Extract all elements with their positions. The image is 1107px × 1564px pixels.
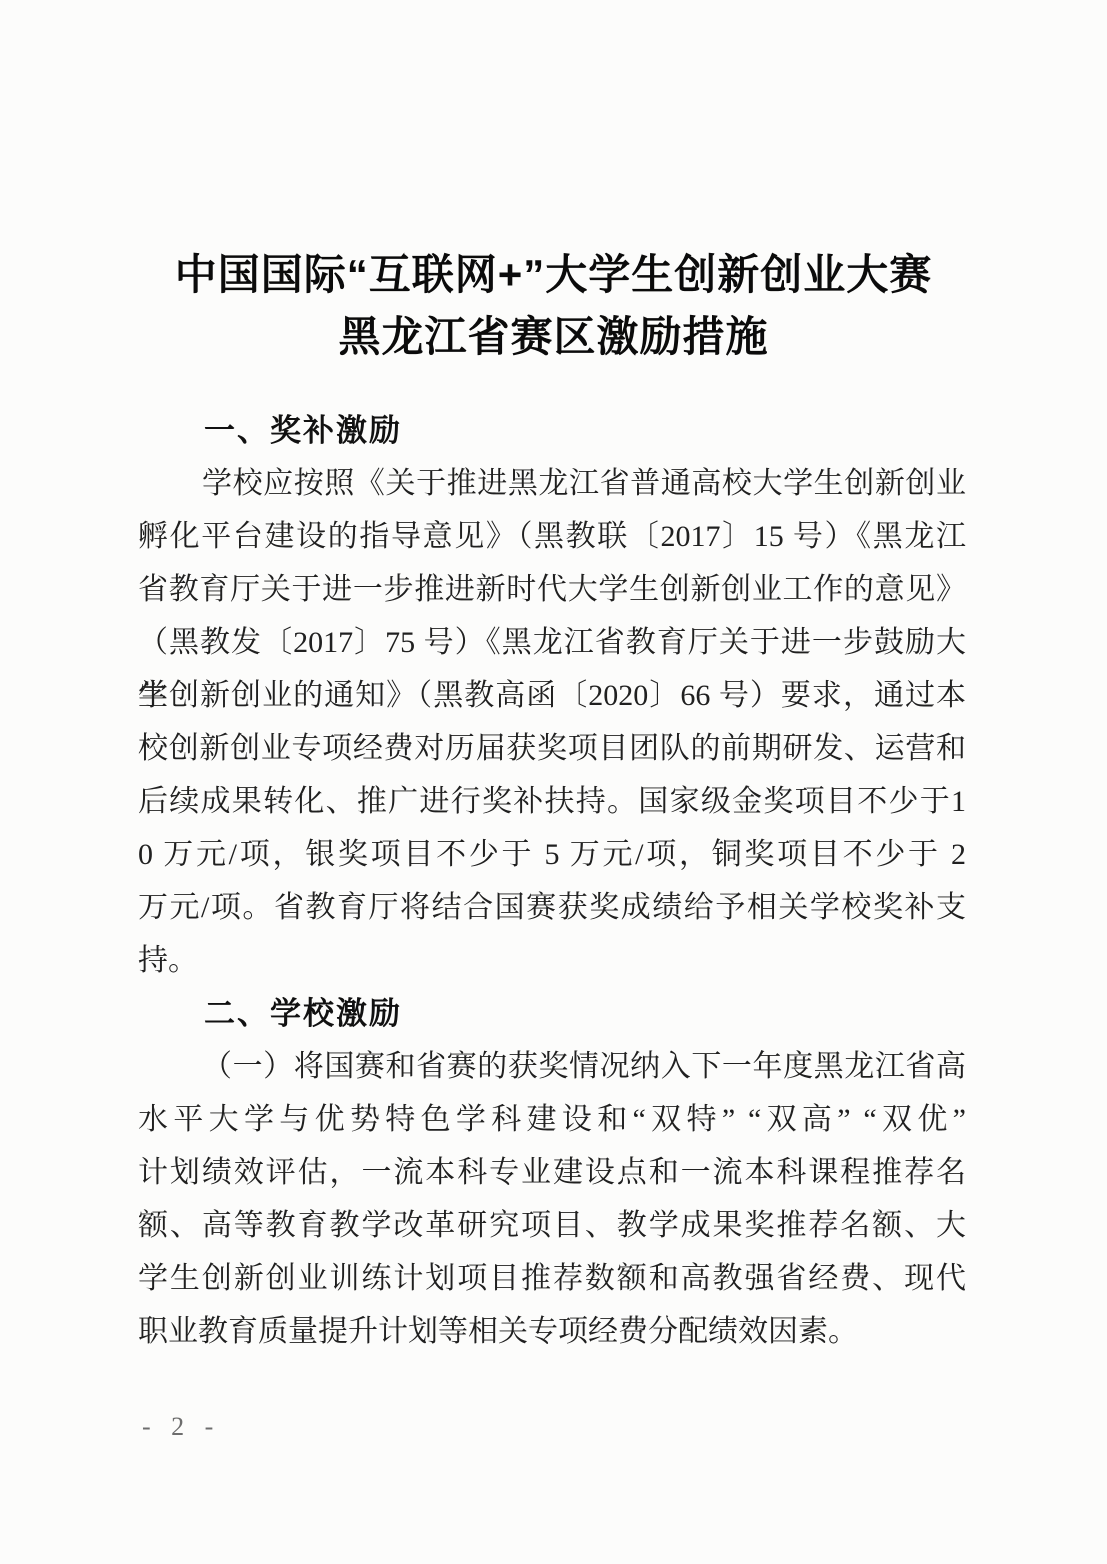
- paragraph-line: 孵化平台建设的指导意见》（黑教联〔2017〕15 号）《黑龙江: [138, 510, 966, 563]
- document-page: 中国国际“互联网+”大学生创新创业大赛 黑龙江省赛区激励措施 一、奖补激励 学校…: [0, 0, 1107, 1564]
- paragraph-line: 学校应按照《关于推进黑龙江省普通高校大学生创新创业: [138, 457, 966, 510]
- paragraph-line: （一）将国赛和省赛的获奖情况纳入下一年度黑龙江省高: [138, 1040, 966, 1093]
- document-title-line-2: 黑龙江省赛区激励措施: [0, 306, 1107, 368]
- section-1-heading: 一、奖补激励: [138, 404, 966, 457]
- page-number: - 2 -: [142, 1412, 220, 1442]
- paragraph-line: 后续成果转化、推广进行奖补扶持。国家级金奖项目不少于1: [138, 775, 966, 828]
- paragraph-line: 省教育厅关于进一步推进新时代大学生创新创业工作的意见》: [138, 563, 966, 616]
- paragraph-line: 校创新创业专项经费对历届获奖项目团队的前期研发、运营和: [138, 722, 966, 775]
- paragraph-line: 万元/项。省教育厅将结合国赛获奖成绩给予相关学校奖补支: [138, 881, 966, 934]
- paragraph-line: （黑教发〔2017〕75 号）《黑龙江省教育厅关于进一步鼓励大学: [138, 616, 966, 669]
- document-title: 中国国际“互联网+”大学生创新创业大赛 黑龙江省赛区激励措施: [0, 244, 1107, 368]
- paragraph-line: 生创新创业的通知》（黑教高函〔2020〕66 号）要求，通过本: [138, 669, 966, 722]
- section-2-heading: 二、学校激励: [138, 987, 966, 1040]
- paragraph-line: 0 万元/项，银奖项目不少于 5 万元/项，铜奖项目不少于 2: [138, 828, 966, 881]
- paragraph-line: 学生创新创业训练计划项目推荐数额和高教强省经费、现代: [138, 1252, 966, 1305]
- paragraph-line: 职业教育质量提升计划等相关专项经费分配绩效因素。: [138, 1305, 966, 1358]
- paragraph-line: 水平大学与优势特色学科建设和“双特” “双高” “双优”: [138, 1093, 966, 1146]
- paragraph-line: 持。: [138, 934, 966, 987]
- document-body: 一、奖补激励 学校应按照《关于推进黑龙江省普通高校大学生创新创业 孵化平台建设的…: [138, 404, 966, 1358]
- paragraph-line: 计划绩效评估，一流本科专业建设点和一流本科课程推荐名: [138, 1146, 966, 1199]
- document-title-line-1: 中国国际“互联网+”大学生创新创业大赛: [0, 244, 1107, 306]
- paragraph-line: 额、高等教育教学改革研究项目、教学成果奖推荐名额、大: [138, 1199, 966, 1252]
